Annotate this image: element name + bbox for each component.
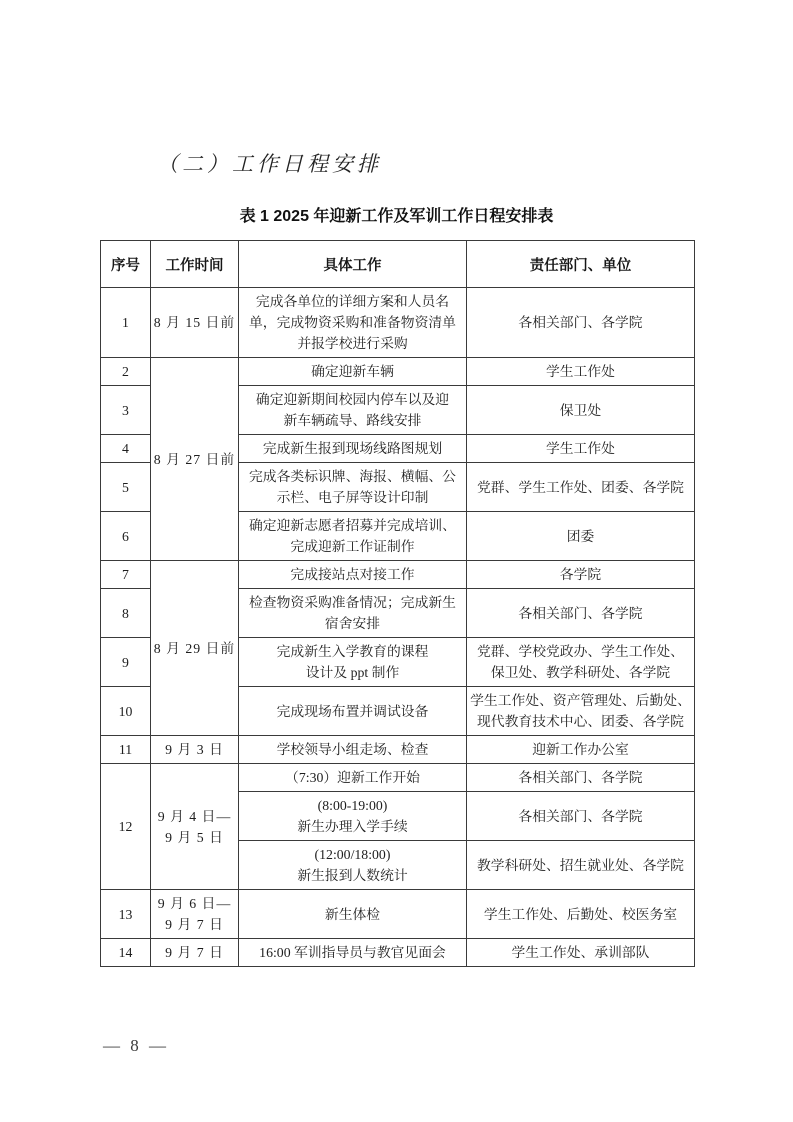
serial-cell: 2 [101, 358, 151, 386]
table-row: 78 月 29 日前完成接站点对接工作各学院 [101, 561, 695, 589]
serial-cell: 9 [101, 638, 151, 687]
work-cell: 确定迎新期间校园内停车以及迎 新车辆疏导、路线安排 [239, 386, 467, 435]
dept-cell: 教学科研处、招生就业处、各学院 [467, 841, 695, 890]
dept-cell: 党群、学生工作处、团委、各学院 [467, 463, 695, 512]
work-cell: (12:00/18:00) 新生报到人数统计 [239, 841, 467, 890]
dept-cell: 学生工作处、后勤处、校医务室 [467, 890, 695, 939]
table-body: 18 月 15 日前完成各单位的详细方案和人员名 单，完成物资采购和准备物资清单… [101, 288, 695, 967]
serial-cell: 3 [101, 386, 151, 435]
dept-cell: 学生工作处、承训部队 [467, 939, 695, 967]
work-cell: 检查物资采购准备情况；完成新生 宿舍安排 [239, 589, 467, 638]
dept-cell: 各相关部门、各学院 [467, 764, 695, 792]
serial-cell: 4 [101, 435, 151, 463]
work-cell: 完成新生入学教育的课程 设计及 ppt 制作 [239, 638, 467, 687]
table-title: 表 1 2025 年迎新工作及军训工作日程安排表 [0, 203, 793, 226]
dept-cell: 各相关部门、各学院 [467, 288, 695, 358]
work-cell: 完成各单位的详细方案和人员名 单，完成物资采购和准备物资清单 并报学校进行采购 [239, 288, 467, 358]
work-cell: 完成接站点对接工作 [239, 561, 467, 589]
serial-cell: 5 [101, 463, 151, 512]
table-row: 18 月 15 日前完成各单位的详细方案和人员名 单，完成物资采购和准备物资清单… [101, 288, 695, 358]
time-cell: 8 月 15 日前 [151, 288, 239, 358]
serial-cell: 12 [101, 764, 151, 890]
time-cell: 9 月 7 日 [151, 939, 239, 967]
section-heading: （二）工作日程安排 [157, 148, 382, 178]
work-cell: 完成现场布置并调试设备 [239, 687, 467, 736]
serial-cell: 7 [101, 561, 151, 589]
work-cell: 新生体检 [239, 890, 467, 939]
serial-cell: 14 [101, 939, 151, 967]
serial-cell: 8 [101, 589, 151, 638]
work-cell: (8:00-19:00) 新生办理入学手续 [239, 792, 467, 841]
dept-cell: 团委 [467, 512, 695, 561]
dept-cell: 学生工作处 [467, 435, 695, 463]
time-cell: 9 月 6 日— 9 月 7 日 [151, 890, 239, 939]
serial-cell: 11 [101, 736, 151, 764]
page-number: — 8 — [103, 1036, 169, 1056]
col-header-dept: 责任部门、单位 [467, 241, 695, 288]
dept-cell: 学生工作处、资产管理处、后勤处、 现代教育技术中心、团委、各学院 [467, 687, 695, 736]
table-row: 119 月 3 日学校领导小组走场、检查迎新工作办公室 [101, 736, 695, 764]
dept-cell: 保卫处 [467, 386, 695, 435]
serial-cell: 1 [101, 288, 151, 358]
time-cell: 9 月 3 日 [151, 736, 239, 764]
table-row: 139 月 6 日— 9 月 7 日新生体检学生工作处、后勤处、校医务室 [101, 890, 695, 939]
schedule-table: 序号 工作时间 具体工作 责任部门、单位 18 月 15 日前完成各单位的详细方… [100, 240, 695, 967]
table-row: 149 月 7 日16:00 军训指导员与教官见面会学生工作处、承训部队 [101, 939, 695, 967]
serial-cell: 6 [101, 512, 151, 561]
work-cell: 完成各类标识牌、海报、横幅、公 示栏、电子屏等设计印制 [239, 463, 467, 512]
work-cell: 16:00 军训指导员与教官见面会 [239, 939, 467, 967]
col-header-time: 工作时间 [151, 241, 239, 288]
time-cell: 9 月 4 日— 9 月 5 日 [151, 764, 239, 890]
time-cell: 8 月 29 日前 [151, 561, 239, 736]
dept-cell: 各学院 [467, 561, 695, 589]
col-header-serial: 序号 [101, 241, 151, 288]
dept-cell: 学生工作处 [467, 358, 695, 386]
dept-cell: 各相关部门、各学院 [467, 589, 695, 638]
serial-cell: 10 [101, 687, 151, 736]
work-cell: （7:30）迎新工作开始 [239, 764, 467, 792]
time-cell: 8 月 27 日前 [151, 358, 239, 561]
table-row: 129 月 4 日— 9 月 5 日（7:30）迎新工作开始各相关部门、各学院 [101, 764, 695, 792]
work-cell: 确定迎新志愿者招募并完成培训、 完成迎新工作证制作 [239, 512, 467, 561]
work-cell: 学校领导小组走场、检查 [239, 736, 467, 764]
work-cell: 确定迎新车辆 [239, 358, 467, 386]
document-page: （二）工作日程安排 表 1 2025 年迎新工作及军训工作日程安排表 序号 工作… [0, 0, 793, 1122]
work-cell: 完成新生报到现场线路图规划 [239, 435, 467, 463]
serial-cell: 13 [101, 890, 151, 939]
col-header-work: 具体工作 [239, 241, 467, 288]
table-header-row: 序号 工作时间 具体工作 责任部门、单位 [101, 241, 695, 288]
dept-cell: 各相关部门、各学院 [467, 792, 695, 841]
dept-cell: 迎新工作办公室 [467, 736, 695, 764]
dept-cell: 党群、学校党政办、学生工作处、 保卫处、教学科研处、各学院 [467, 638, 695, 687]
table-row: 28 月 27 日前确定迎新车辆学生工作处 [101, 358, 695, 386]
